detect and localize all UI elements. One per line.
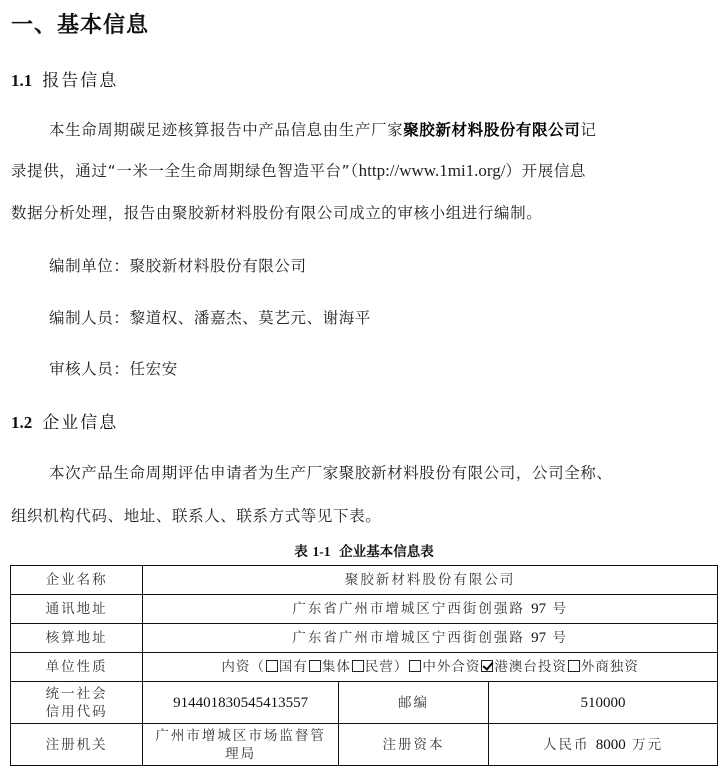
compilers: 编制人员：黎道权、潘嘉杰、莫艺元、谢海平	[49, 306, 371, 328]
nature-text: ）	[394, 659, 409, 675]
addr-number: 97	[531, 630, 546, 646]
intro-line-2: 录提供，通过“一米一全生命周期绿色智造平台”（http://www.1mi1.o…	[11, 159, 586, 181]
cell-entity-nature: 内资（国有集体民营）中外合资港澳台投资外商独资	[143, 653, 718, 682]
label-line: 信用代码	[46, 704, 108, 720]
reviewers: 审核人员：任宏安	[49, 357, 178, 379]
caption-number: 1-1	[313, 544, 331, 559]
section-number: 1.1	[11, 71, 32, 90]
cell-label: 核算地址	[11, 624, 143, 653]
cell-label: 注册资本	[338, 724, 488, 766]
option-label: 集体	[322, 659, 351, 675]
caption-prefix: 表	[294, 544, 308, 560]
checkbox-joint-venture[interactable]	[409, 660, 421, 672]
cell-credit-code: 914401830545413557	[143, 682, 339, 724]
addr-text: 号	[552, 630, 568, 646]
heading-basic-info: 一、基本信息	[11, 8, 149, 39]
option-label: 港澳台投资	[494, 659, 567, 675]
cell-registration-authority: 广州市增城区市场监督管理局	[143, 724, 339, 766]
checkbox-foreign-owned[interactable]	[568, 660, 580, 672]
table-caption: 表 1-1 企业基本信息表	[0, 540, 728, 560]
intro-text: 本生命周期碳足迹核算报告中产品信息由生产厂家	[49, 121, 403, 139]
platform-url[interactable]: http://www.1mi1.org/	[359, 161, 506, 180]
cell-label: 通讯地址	[11, 595, 143, 624]
cell-label: 邮编	[338, 682, 488, 724]
table-row: 企业名称 聚胶新材料股份有限公司	[11, 566, 718, 595]
cell-label: 单位性质	[11, 653, 143, 682]
cell-accounting-address: 广东省广州市增城区宁西街创强路 97 号	[143, 624, 718, 653]
heading-company-info: 1.2企业信息	[11, 408, 118, 433]
addr-text: 广东省广州市增城区宁西街创强路	[292, 630, 525, 646]
compile-unit: 编制单位：聚胶新材料股份有限公司	[49, 254, 307, 276]
nature-text: 内资（	[221, 659, 265, 675]
intro-text: 录提供，通过“一米一全生命周期绿色智造平台”（	[11, 162, 359, 180]
caption-title: 企业基本信息表	[339, 544, 434, 560]
capital-number: 8000	[596, 737, 626, 753]
cell-label: 企业名称	[11, 566, 143, 595]
cell-registered-capital: 人民币 8000 万元	[489, 724, 718, 766]
value-line: 广州市增城区市场监督管	[155, 728, 326, 744]
company-intro-line-2: 组织机构代码、地址、联系人、联系方式等见下表。	[11, 504, 381, 526]
checkbox-state-owned[interactable]	[266, 660, 278, 672]
capital-text: 万元	[632, 737, 663, 753]
company-info-table: 企业名称 聚胶新材料股份有限公司 通讯地址 广东省广州市增城区宁西街创强路 97…	[10, 565, 718, 766]
checkbox-collective[interactable]	[309, 660, 321, 672]
option-label: 民营	[365, 659, 394, 675]
table-row: 通讯地址 广东省广州市增城区宁西街创强路 97 号	[11, 595, 718, 624]
intro-line-3: 数据分析处理，报告由聚胶新材料股份有限公司成立的审核小组进行编制。	[11, 201, 542, 223]
company-intro-line-1: 本次产品生命周期评估申请者为生产厂家聚胶新材料股份有限公司，公司全称、	[49, 461, 613, 483]
option-label: 外商独资	[581, 659, 639, 675]
cell-company-name: 聚胶新材料股份有限公司	[143, 566, 718, 595]
addr-text: 广东省广州市增城区宁西街创强路	[292, 601, 525, 617]
addr-text: 号	[552, 601, 568, 617]
company-name-bold: 聚胶新材料股份有限公司	[403, 121, 580, 139]
section-number: 1.2	[11, 413, 32, 432]
table-row: 注册机关 广州市增城区市场监督管理局 注册资本 人民币 8000 万元	[11, 724, 718, 766]
table-row: 核算地址 广东省广州市增城区宁西街创强路 97 号	[11, 624, 718, 653]
cell-label: 统一社会信用代码	[11, 682, 143, 724]
label-line: 统一社会	[46, 686, 108, 702]
intro-text: ）开展信息	[506, 162, 587, 180]
section-title: 企业信息	[42, 413, 118, 433]
section-title: 报告信息	[42, 71, 118, 91]
table-row: 单位性质 内资（国有集体民营）中外合资港澳台投资外商独资	[11, 653, 718, 682]
heading-report-info: 1.1报告信息	[11, 66, 118, 91]
capital-text: 人民币	[543, 737, 590, 753]
option-label: 中外合资	[422, 659, 480, 675]
option-label: 国有	[279, 659, 308, 675]
intro-line-1: 本生命周期碳足迹核算报告中产品信息由生产厂家聚胶新材料股份有限公司记	[49, 118, 596, 140]
cell-label: 注册机关	[11, 724, 143, 766]
intro-text: 记	[580, 121, 596, 139]
checkbox-private[interactable]	[352, 660, 364, 672]
cell-postcode: 510000	[489, 682, 718, 724]
table-row: 统一社会信用代码 914401830545413557 邮编 510000	[11, 682, 718, 724]
checkbox-hk-macao-taiwan-checked[interactable]	[481, 660, 493, 672]
addr-number: 97	[531, 601, 546, 617]
value-line: 理局	[225, 746, 256, 762]
cell-mail-address: 广东省广州市增城区宁西街创强路 97 号	[143, 595, 718, 624]
